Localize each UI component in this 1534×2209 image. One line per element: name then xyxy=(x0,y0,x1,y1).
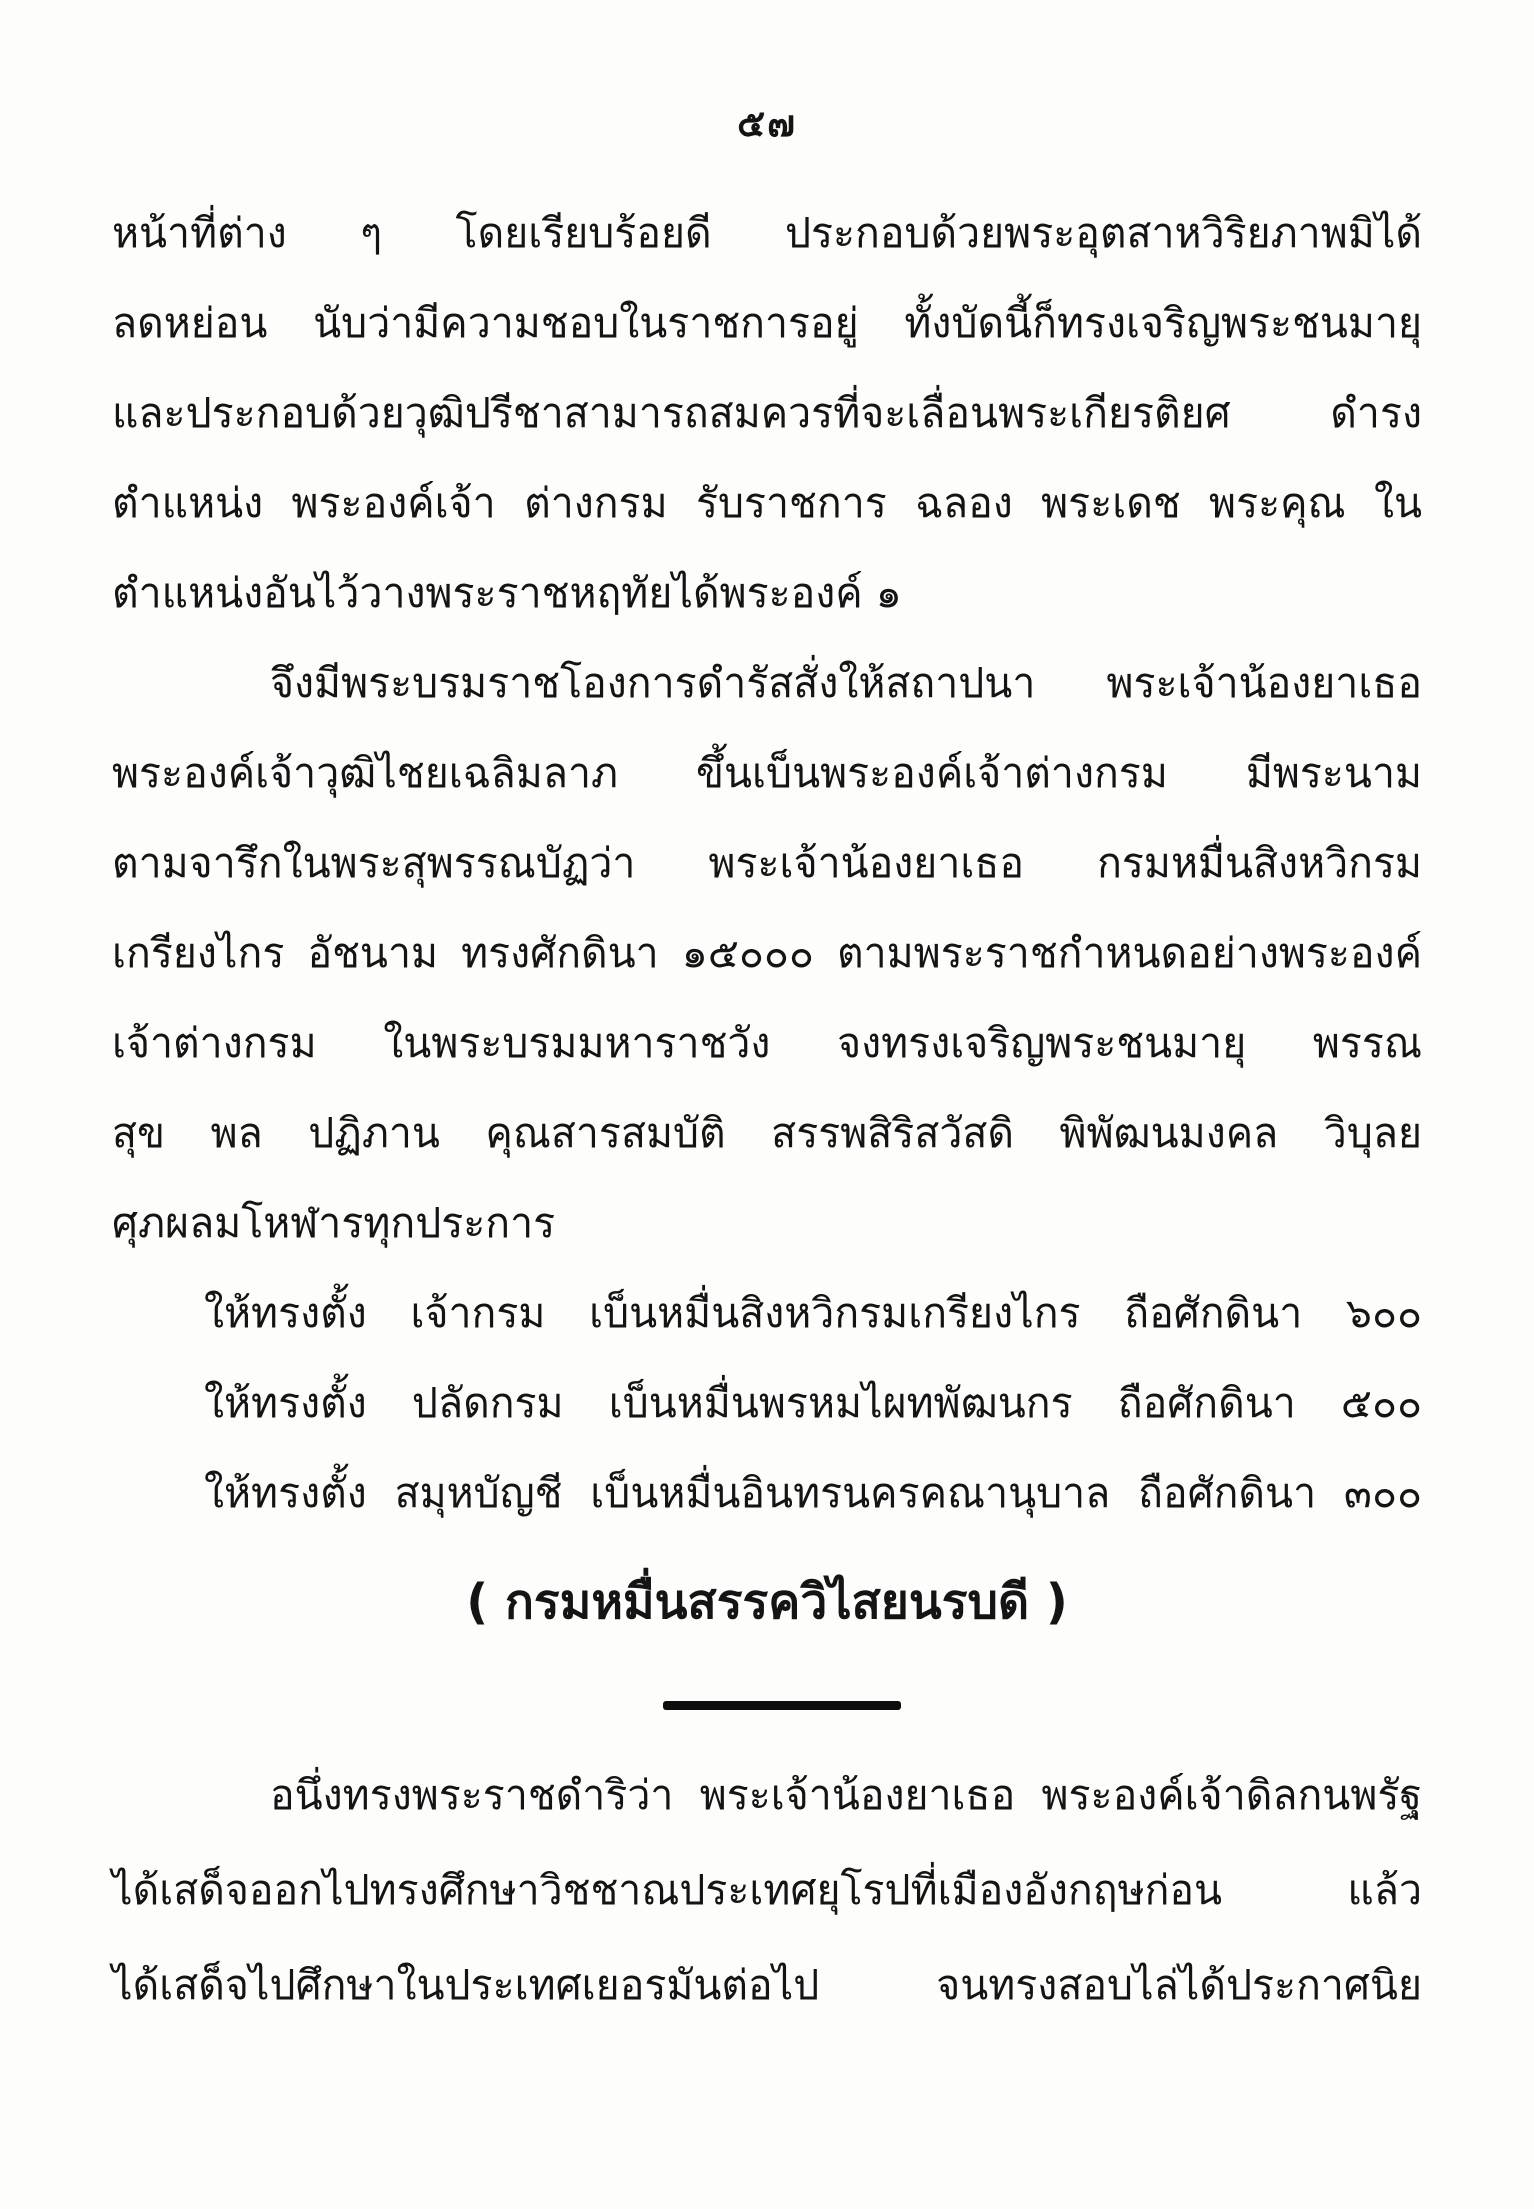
appointment-line: ให้ทรงตั้ง ปลัดกรม เบ็นหมื่นพรหมไผทพัฒนก… xyxy=(112,1358,1422,1448)
text-line: เจ้าต่างกรม ในพระบรมมหาราชวัง จงทรงเจริญ… xyxy=(112,998,1422,1088)
text-line: และประกอบด้วยวุฒิปรีชาสามารถสมควรที่จะเล… xyxy=(112,368,1422,458)
text-line: ลดหย่อน นับว่ามีความชอบในราชการอยู่ ทั้ง… xyxy=(112,278,1422,368)
text-line: อนึ่งทรงพระราชดำริว่า พระเจ้าน้องยาเธอ พ… xyxy=(112,1748,1422,1843)
text-line: เกรียงไกร อัชนาม ทรงศักดินา ๑๕๐๐๐ ตามพระ… xyxy=(112,908,1422,998)
text-line: ตำแหน่งอันไว้วางพระราชหฤทัยได้พระองค์ ๑ xyxy=(112,548,1422,638)
page-number: ๕๗ xyxy=(0,94,1534,153)
appointment-line: ให้ทรงตั้ง สมุหบัญชี เบ็นหมื่นอินทรนครคณ… xyxy=(112,1448,1422,1538)
text-line: พระองค์เจ้าวุฒิไชยเฉลิมลาภ ขึ้นเบ็นพระอง… xyxy=(112,728,1422,818)
text-line: หน้าที่ต่าง ๆ โดยเรียบร้อยดี ประกอบด้วยพ… xyxy=(112,188,1422,278)
scanned-page: ๕๗ หน้าที่ต่าง ๆ โดยเรียบร้อยดี ประกอบด้… xyxy=(0,0,1534,2209)
parenthetical-section-heading: ( กรมหมื่นสรรควิไสยนรบดี ) xyxy=(0,1562,1534,1642)
main-text-block: หน้าที่ต่าง ๆ โดยเรียบร้อยดี ประกอบด้วยพ… xyxy=(112,188,1422,1538)
text-line: ตามจารึกในพระสุพรรณบัฏว่า พระเจ้าน้องยาเ… xyxy=(112,818,1422,908)
appointment-line: ให้ทรงตั้ง เจ้ากรม เบ็นหมื่นสิงหวิกรมเกร… xyxy=(112,1268,1422,1358)
text-line: สุข พล ปฏิภาน คุณสารสมบัติ สรรพสิริสวัสด… xyxy=(112,1088,1422,1178)
text-line: ตำแหน่ง พระองค์เจ้า ต่างกรม รับราชการ ฉล… xyxy=(112,458,1422,548)
text-line: ได้เสด็จออกไปทรงศึกษาวิชชาณประเทศยุโรปที… xyxy=(112,1843,1422,1938)
text-line: ศุภผลมโหฬารทุกประการ xyxy=(112,1178,1422,1268)
text-line: จึงมีพระบรมราชโองการดำรัสสั่งให้สถาปนา พ… xyxy=(112,638,1422,728)
closing-text-block: อนึ่งทรงพระราชดำริว่า พระเจ้าน้องยาเธอ พ… xyxy=(112,1748,1422,2033)
section-divider-rule xyxy=(663,1701,901,1710)
text-line: ได้เสด็จไปศึกษาในประเทศเยอรมันต่อไป จนทร… xyxy=(112,1938,1422,2033)
